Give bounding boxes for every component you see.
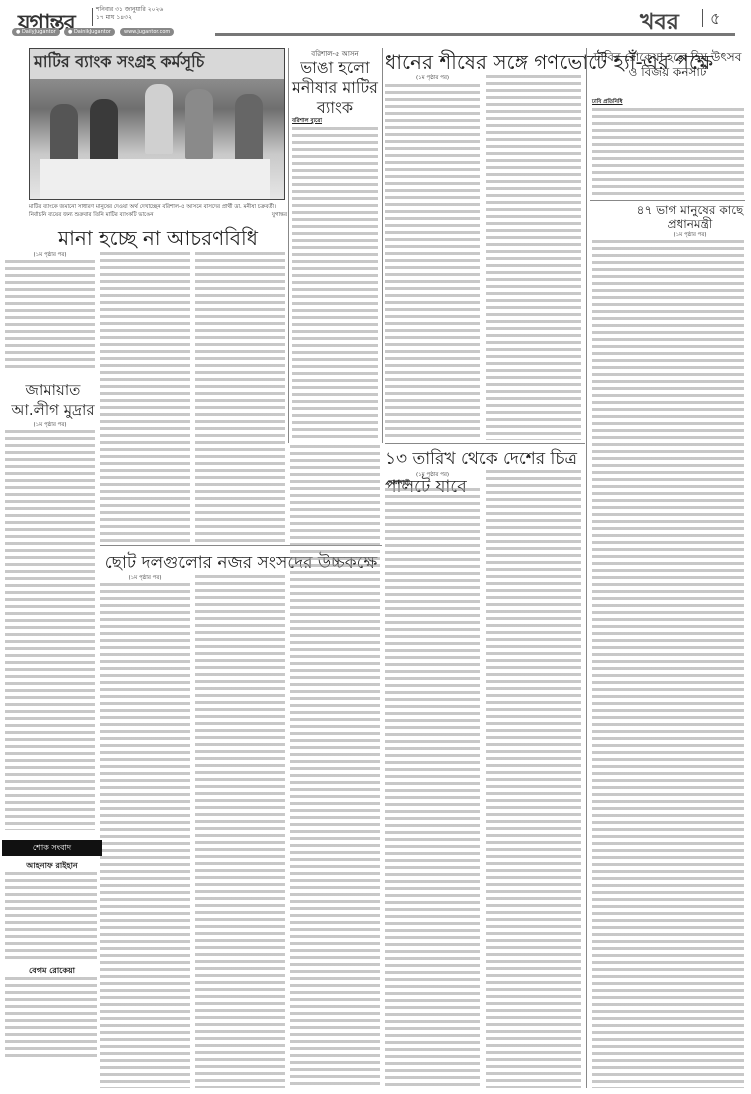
social-twitter-link[interactable]: ● DailyJugantor xyxy=(12,28,60,36)
conduct-body-col3 xyxy=(195,252,285,542)
section-divider xyxy=(702,9,703,27)
rokeya-body xyxy=(592,108,744,198)
obituary-box: শোক সংবাদ xyxy=(2,840,102,856)
photo-credit: যুগান্তর xyxy=(272,211,287,219)
date-gregorian: শনিবার ৩১ জানুয়ারি ২০২৬ xyxy=(96,6,163,14)
column-divider xyxy=(586,48,587,1088)
date-bengali: ১৭ মাঘ ১৪৩২ xyxy=(96,14,163,22)
jamaat-continued: (১ম পৃষ্ঠার পর) xyxy=(5,422,95,430)
social-facebook-link[interactable]: ● DainikJugantor xyxy=(64,28,115,36)
person-figure xyxy=(235,94,263,164)
paddy-body-col1 xyxy=(385,84,480,440)
rokeya-headline: ঢাবির রোকেয়া হলে হিম উৎসব ও বিজয় কনসার… xyxy=(590,50,745,80)
conduct-body-col1 xyxy=(5,260,95,370)
pm-body xyxy=(592,240,744,1088)
person-figure xyxy=(185,89,213,159)
small-parties-body-col3 xyxy=(290,445,380,1088)
person-figure xyxy=(145,84,173,154)
obituary-body-1 xyxy=(5,872,97,962)
section-title: খবর xyxy=(640,5,679,42)
small-parties-body-col1 xyxy=(100,583,190,1088)
paddy-body-col2 xyxy=(486,75,581,440)
manisha-body xyxy=(292,127,378,439)
column-divider xyxy=(288,48,289,443)
column-divider xyxy=(382,48,383,443)
photo-banner: মাটির ব্যাংক সংগ্রহ কর্মসূচি xyxy=(30,49,284,79)
news-photo: মাটির ব্যাংক সংগ্রহ কর্মসূচি xyxy=(29,48,285,200)
jamaat-headline: জামায়াত আ.লীগ মুদ্রার xyxy=(3,380,103,420)
photo-table xyxy=(40,159,270,199)
masthead-date: শনিবার ৩১ জানুয়ারি ২০২৬ ১৭ মাঘ ১৪৩২ xyxy=(96,6,163,22)
section-rule xyxy=(385,443,585,444)
thirteenth-continued: (১ম পৃষ্ঠার পর) xyxy=(385,472,480,480)
pm-continued: (১ম পৃষ্ঠার পর) xyxy=(640,232,740,240)
newspaper-logo: যুগান্তর xyxy=(18,6,75,43)
rokeya-byline: ঢাবি প্রতিনিধি xyxy=(592,99,623,107)
thirteenth-body-col2 xyxy=(486,470,581,1088)
conduct-body-col2 xyxy=(100,252,190,542)
conduct-continued: (১ম পৃষ্ঠার পর) xyxy=(5,252,95,260)
manisha-headline: ভাঙা হলো মনীষার মাটির ব্যাংক xyxy=(290,58,380,118)
paddy-continued: (১ম পৃষ্ঠার পর) xyxy=(385,75,480,83)
thirteenth-body-col1 xyxy=(385,488,480,1088)
section-rule xyxy=(590,200,745,201)
small-parties-continued: (১ম পৃষ্ঠার পর) xyxy=(100,575,190,583)
manisha-byline: বরিশাল ব্যুরো xyxy=(292,118,322,126)
page-number: ৫ xyxy=(710,6,720,33)
obituary-body-2 xyxy=(5,977,97,1057)
jamaat-body xyxy=(5,430,95,830)
thirteenth-dateline: নোয়াখালী xyxy=(387,480,410,488)
website-link[interactable]: www.jugantor.com xyxy=(120,28,174,36)
photo-caption: মাটির ব্যাংকে জমানো সাধারণ মানুষের দেওয়… xyxy=(29,203,287,219)
pm-headline: ৪৭ ভাগ মানুষের কাছে প্রধানমন্ত্রী xyxy=(630,203,750,231)
small-parties-body-col2 xyxy=(195,575,285,1088)
masthead-divider xyxy=(92,8,93,26)
